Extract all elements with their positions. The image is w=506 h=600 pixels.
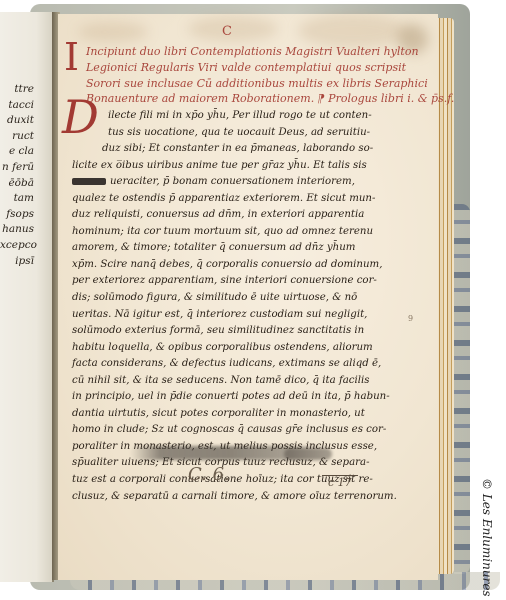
rubric-line: Sorori sue inclusae Cū additionibus mult… (72, 76, 432, 92)
text-line: duz reliquisti, conuersus ad dn̄m, in ex… (72, 207, 433, 224)
left-line: e cla (0, 144, 50, 160)
left-line: n ferū (0, 160, 50, 176)
ink-smudge (284, 448, 332, 460)
text-line: duz sibi; Et constanter in ea p̄maneas, … (88, 141, 433, 158)
text-line: tuz est a corporali conuersatione hoīuz;… (72, 472, 433, 489)
left-page: ttre tacci duxit ruct e cla n ferū ēōbā … (0, 12, 54, 582)
text-line: xp̄m. Scire nanq̄ debes, q̄ corporalis c… (72, 257, 433, 274)
left-page-text: ttre tacci duxit ruct e cla n ferū ēōbā … (0, 82, 50, 269)
text-line: amorem, & timore; totaliter q̄ conuersum… (72, 240, 433, 257)
text-line-content: ueraciter, p̄ bonam conuersationem inter… (110, 176, 355, 187)
rubric-line: Incipiunt duo libri Contemplationis Magi… (72, 44, 432, 60)
text-line: homo in clude; Sz ut cognoscas q̄ causas… (72, 422, 433, 439)
signature-mark: C. 6. (188, 464, 230, 485)
erased-word (72, 178, 106, 185)
text-line: dis; solūmodo figura, & similitudo ē uit… (72, 290, 433, 307)
text-line: solūmodo exterius formā, seu similitudin… (72, 323, 433, 340)
text-line: ueraciter, p̄ bonam conuersationem inter… (72, 174, 433, 191)
left-line: xcepco (0, 238, 50, 254)
rubric-line: Legionici Regularis Viri valde contempla… (72, 60, 432, 76)
rubric-heading: Incipiunt duo libri Contemplationis Magi… (72, 44, 432, 107)
left-line: ruct (0, 129, 50, 145)
text-line: ilecte fili mi in xp̄o yh̄u, Per illud r… (88, 108, 433, 125)
text-line: qualez te ostendis p̄ apparentiaz exteri… (72, 191, 433, 208)
left-line: hanus (0, 222, 50, 238)
left-line: tam (0, 191, 50, 207)
left-line: fsops (0, 207, 50, 223)
copyright-text: © Les Enluminures (480, 478, 494, 597)
text-line: dantia uirtutis, sicut potes corporalite… (72, 406, 433, 423)
copyright-notice: © Les Enluminures (480, 478, 500, 598)
foliation-text: c 17 (322, 475, 358, 489)
margin-number: 9 (408, 314, 413, 323)
left-line: ēōbā (0, 176, 50, 192)
left-line: duxit (0, 113, 50, 129)
text-line: per exteriorez apparentiam, sine interio… (72, 273, 433, 290)
manuscript-book: ttre tacci duxit ruct e cla n ferū ēōbā … (0, 4, 470, 594)
text-line: habitu loquella, & opibus corporalibus o… (72, 340, 433, 357)
text-line: tus sis uocatione, qua te uocauit Deus, … (88, 125, 433, 142)
right-page: C I Incipiunt duo libri Contemplationis … (58, 14, 438, 580)
foliation-mark: c 17 (322, 476, 358, 489)
cover-pattern-edge (454, 204, 470, 574)
text-line: hominum; ita cor tuum mortuum sit, quo a… (72, 224, 433, 241)
rubric-line: Bonauenture ad maiorem Roborationem. ⁋ P… (72, 91, 432, 107)
text-line: ueritas. Nā igitur est, q̄ interiorez cu… (72, 307, 433, 324)
left-line: ipsī (0, 254, 50, 270)
text-line: in principio, uel in p̄die conuerti pote… (72, 389, 433, 406)
folio-mark: C (222, 24, 232, 39)
left-line: tacci (0, 98, 50, 114)
text-line: cū nihil sit, & ita se seducens. Non tam… (72, 373, 433, 390)
left-line: ttre (0, 82, 50, 98)
text-line: clusuz, & separatū a carnali timore, & a… (72, 489, 433, 506)
text-line: facta considerans, & defectus iudicans, … (72, 356, 433, 373)
text-line: licite ex o̅ibus uiribus anime tue per g… (72, 158, 433, 175)
